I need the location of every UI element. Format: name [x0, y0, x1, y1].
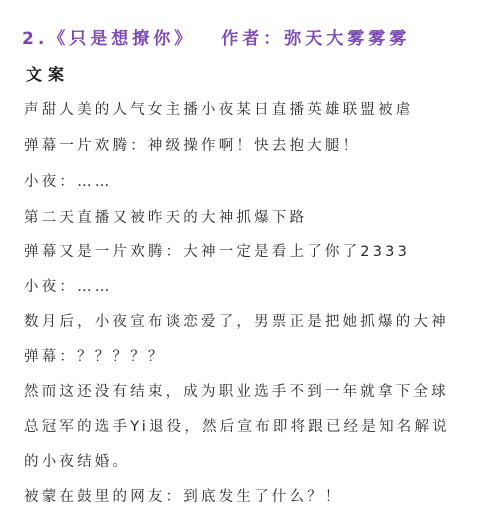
text-line: 弹幕：？？？？？ — [24, 345, 166, 366]
text-line: 第二天直播又被昨天的大神抓爆下路 — [24, 206, 307, 227]
book-title: 2.《只是想撩你》作者：弥天大雾雾雾 — [22, 24, 410, 49]
text-line: 数月后，小夜宣布谈恋爱了，男票正是把她抓爆的大神 — [24, 310, 449, 331]
text-line: 声甜人美的人气女主播小夜某日直播英雄联盟被虐 — [24, 98, 413, 119]
text-line: 总冠军的选手Yi退役，然后宣布即将跟已经是知名解说 — [24, 415, 450, 436]
book-name: 2.《只是想撩你》 — [22, 29, 195, 49]
text-line: 小夜：…… — [24, 275, 113, 296]
book-author: 作者：弥天大雾雾雾 — [221, 29, 410, 49]
document-page: 2.《只是想撩你》作者：弥天大雾雾雾 文案 声甜人美的人气女主播小夜某日直播英雄… — [0, 0, 500, 523]
text-line: 然而这还没有结束，成为职业选手不到一年就拿下全球 — [24, 380, 449, 401]
text-line: 的小夜结婚。 — [24, 450, 130, 471]
text-line: 弹幕一片欢腾：神级操作啊！快去抱大腿！ — [24, 134, 360, 155]
section-heading: 文案 — [26, 62, 70, 85]
text-line: 小夜：…… — [24, 170, 113, 191]
text-line: 被蒙在鼓里的网友：到底发生了什么？！ — [24, 485, 343, 506]
text-line: 弹幕又是一片欢腾：大神一定是看上了你了2333 — [24, 240, 410, 261]
